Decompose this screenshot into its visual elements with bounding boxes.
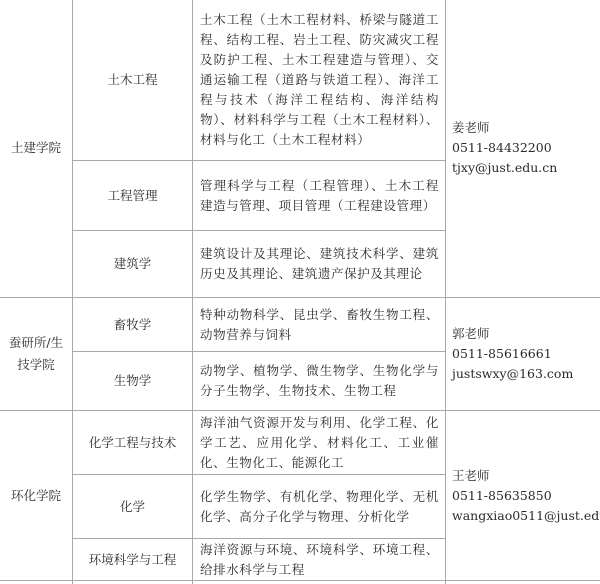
research-fields: 动物学、植物学、微生物学、生物化学与分子生物学、生物技术、生物工程	[200, 363, 439, 398]
research-fields: 管理科学与工程（工程管理）、土木工程建造与管理、项目管理（工程建设管理）	[200, 178, 439, 213]
college-cell: 土建学院	[0, 0, 73, 298]
contact-cell: 郭老师 0511-85616661 justswxy@163.com	[446, 298, 600, 411]
research-fields: 土木工程（土木工程材料、桥梁与隧道工程、结构工程、岩土工程、防灾减灾工程及防护工…	[200, 12, 439, 147]
major-name: 工程管理	[107, 188, 157, 203]
table-row: 环化学院 化学工程与技术 海洋油气资源开发与利用、化学工程、化学工艺、应用化学、…	[0, 411, 600, 475]
fields-cell: 动物学、植物学、微生物学、生物化学与分子生物学、生物技术、生物工程	[193, 352, 446, 411]
major-name: 土木工程	[107, 72, 157, 87]
college-cell: 环化学院	[0, 411, 73, 581]
contact-name: 姜老师	[452, 118, 600, 138]
fields-cell: 化学生物学、有机化学、物理化学、无机化学、高分子化学与物理、分析化学	[193, 475, 446, 539]
fields-cell: 特种动物科学、昆虫学、畜牧生物工程、动物营养与饲料	[193, 298, 446, 352]
major-cell: 土木工程	[73, 0, 193, 161]
majors-table: 土建学院 土木工程 土木工程（土木工程材料、桥梁与隧道工程、结构工程、岩土工程、…	[0, 0, 600, 584]
college-name: 土建学院	[11, 140, 61, 155]
major-cell	[73, 581, 193, 584]
fields-cell: 海洋油气资源开发与利用、化学工程、化学工艺、应用化学、材料化工、工业催化、生物化…	[193, 411, 446, 475]
research-fields: 化学生物学、有机化学、物理化学、无机化学、高分子化学与物理、分析化学	[200, 489, 439, 524]
major-name: 生物学	[114, 373, 152, 388]
table-row: 土建学院 土木工程 土木工程（土木工程材料、桥梁与隧道工程、结构工程、岩土工程、…	[0, 0, 600, 161]
fields-cell	[193, 581, 446, 584]
contact-name: 郭老师	[452, 324, 600, 344]
major-name: 建筑学	[114, 256, 152, 271]
major-cell: 生物学	[73, 352, 193, 411]
major-cell: 化学工程与技术	[73, 411, 193, 475]
contact-email: wangxiao0511@just.edu.cn	[452, 506, 600, 526]
major-cell: 畜牧学	[73, 298, 193, 352]
major-name: 环境科学与工程	[89, 552, 177, 567]
major-cell: 工程管理	[73, 161, 193, 231]
major-cell: 建筑学	[73, 231, 193, 298]
contact-phone: 0511-85635850	[452, 486, 600, 506]
contact-email: tjxy@just.edu.cn	[452, 158, 600, 178]
major-cell: 化学	[73, 475, 193, 539]
research-fields: 海洋资源与环境、环境科学、环境工程、给排水科学与工程	[200, 542, 439, 577]
table-row-partial	[0, 581, 600, 584]
research-fields: 特种动物科学、昆虫学、畜牧生物工程、动物营养与饲料	[200, 307, 439, 342]
table-row: 蚕研所/生技学院 畜牧学 特种动物科学、昆虫学、畜牧生物工程、动物营养与饲料 郭…	[0, 298, 600, 352]
fields-cell: 管理科学与工程（工程管理）、土木工程建造与管理、项目管理（工程建设管理）	[193, 161, 446, 231]
contact-cell: 王老师 0511-85635850 wangxiao0511@just.edu.…	[446, 411, 600, 581]
fields-cell: 海洋资源与环境、环境科学、环境工程、给排水科学与工程	[193, 539, 446, 581]
contact-cell: 姜老师 0511-84432200 tjxy@just.edu.cn	[446, 0, 600, 298]
major-cell: 环境科学与工程	[73, 539, 193, 581]
contact-email: justswxy@163.com	[452, 364, 600, 384]
college-cell: 蚕研所/生技学院	[0, 298, 73, 411]
major-name: 畜牧学	[114, 317, 152, 332]
fields-cell: 土木工程（土木工程材料、桥梁与隧道工程、结构工程、岩土工程、防灾减灾工程及防护工…	[193, 0, 446, 161]
contact-name: 王老师	[452, 466, 600, 486]
research-fields: 建筑设计及其理论、建筑技术科学、建筑历史及其理论、建筑遗产保护及其理论	[200, 246, 439, 281]
research-fields: 海洋油气资源开发与利用、化学工程、化学工艺、应用化学、材料化工、工业催化、生物化…	[200, 415, 439, 470]
fields-cell: 建筑设计及其理论、建筑技术科学、建筑历史及其理论、建筑遗产保护及其理论	[193, 231, 446, 298]
major-name: 化学	[120, 499, 145, 514]
college-name: 环化学院	[11, 488, 61, 503]
college-cell	[0, 581, 73, 584]
contact-cell	[446, 581, 600, 584]
major-name: 化学工程与技术	[89, 435, 177, 450]
contact-phone: 0511-85616661	[452, 344, 600, 364]
contact-phone: 0511-84432200	[452, 138, 600, 158]
college-name: 蚕研所/生技学院	[8, 332, 64, 376]
